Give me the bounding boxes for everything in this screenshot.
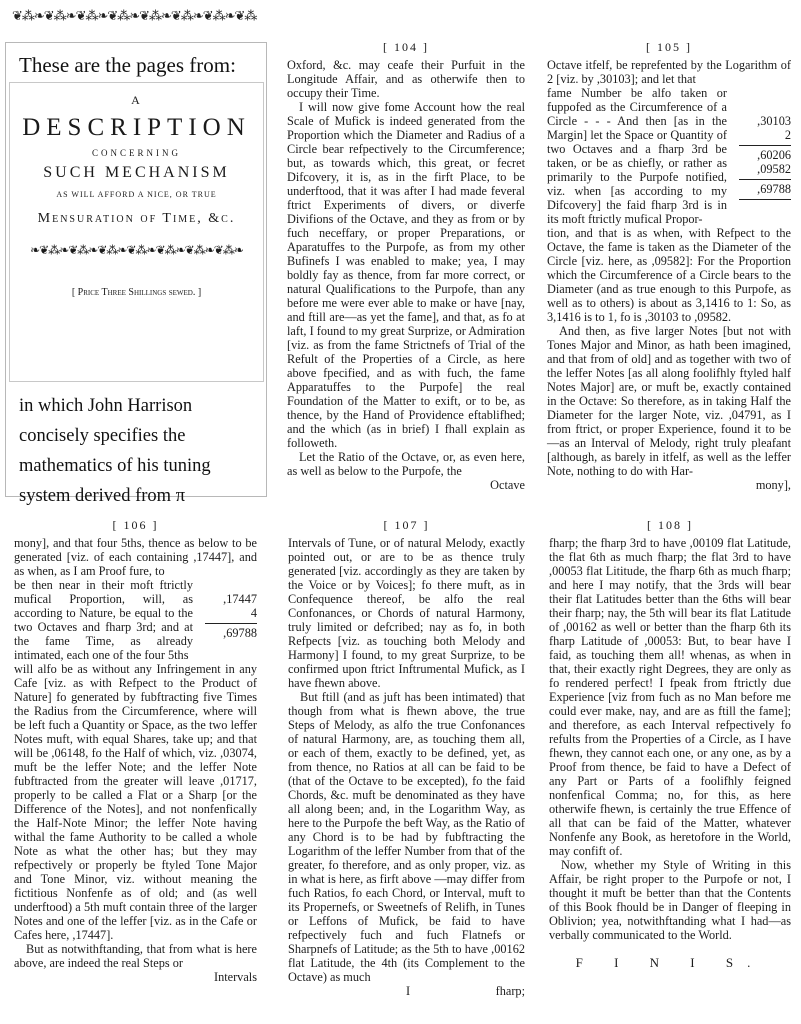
calc-value: 4 <box>199 606 257 620</box>
page-number: [ 108 ] <box>549 518 791 532</box>
paragraph: Let the Ratio of the Octave, or, as even… <box>287 450 525 478</box>
margin-calculation: ,17447 4 ,69788 <box>193 578 257 662</box>
intro-line: mathematics of his tuning <box>19 451 211 481</box>
paragraph: But ftill (and as juft has been intimate… <box>288 690 525 984</box>
page-104: [ 104 ] Oxford, &c. may ceafe their Purf… <box>287 40 525 492</box>
paragraph: be then near in their moft ftrictly mufi… <box>14 578 193 662</box>
margin-calculation-block: be then near in their moft ftrictly mufi… <box>14 578 257 662</box>
page-number: [ 106 ] <box>14 518 257 532</box>
title-line-description: DESCRIPTION <box>10 114 263 142</box>
calc-value: ,60206 <box>733 148 791 162</box>
calc-value: ,69788 <box>733 182 791 196</box>
paragraph: Intervals of Tune, or of natural Melody,… <box>288 536 525 690</box>
paragraph: But as notwithftanding, that from what i… <box>14 942 257 970</box>
page-number: [ 104 ] <box>287 40 525 54</box>
intro-description: in which John Harrison concisely specifi… <box>19 391 211 511</box>
title-line-mechanism: SUCH MECHANISM <box>10 164 263 182</box>
paragraph: Octave itfelf, be reprefented by the Log… <box>547 58 791 86</box>
calc-rule <box>739 179 791 180</box>
title-ornament: ❧❦⁂❧❦⁂❧❦⁂❧❦⁂❧❦⁂❧❦⁂❧❦⁂❧ <box>10 243 263 259</box>
paragraph: fame Number be alfo taken or fuppofed as… <box>547 86 727 226</box>
catchword: mony], <box>547 478 791 492</box>
page-number: [ 105 ] <box>547 40 791 54</box>
paragraph: fharp; the fharp 3rd to have ,00109 flat… <box>549 536 791 858</box>
calc-value: ,30103 <box>733 114 791 128</box>
calc-value: ,69788 <box>199 626 257 640</box>
title-line-a: A <box>10 93 263 108</box>
paragraph: will alfo be as without any Infringement… <box>14 662 257 942</box>
intro-panel: These are the pages from: A DESCRIPTION … <box>5 42 267 497</box>
calc-rule <box>739 199 791 200</box>
paragraph: Now, whether my Style of Writing in this… <box>549 858 791 942</box>
title-price: [ Price Three Shillings sewed. ] <box>10 287 263 298</box>
catchword: Octave <box>287 478 525 492</box>
page-107: [ 107 ] Intervals of Tune, or of natural… <box>288 518 525 998</box>
page-106: [ 106 ] mony], and that four 5ths, thenc… <box>14 518 257 984</box>
calc-rule <box>205 623 257 624</box>
finis: F I N I S. <box>549 956 791 970</box>
intro-line: concisely specifies the <box>19 421 211 451</box>
paragraph: I will now give fome Account how the rea… <box>287 100 525 450</box>
page-footer: I fharp; <box>288 984 525 998</box>
calc-rule <box>739 145 791 146</box>
margin-calculation: ,30103 2 ,60206 ,09582 ,69788 <box>727 86 791 226</box>
paragraph: Oxford, &c. may ceafe their Purfuit in t… <box>287 58 525 100</box>
title-line-mensuration: Mensuration of Time, &c. <box>10 211 263 227</box>
paragraph: tion, and that is as when, with Refpect … <box>547 226 791 324</box>
title-page-image: A DESCRIPTION CONCERNING SUCH MECHANISM … <box>9 82 264 382</box>
intro-heading: These are the pages from: <box>19 53 236 78</box>
calc-value: ,09582 <box>733 162 791 176</box>
catchword: fharp; <box>496 984 525 998</box>
page-number: [ 107 ] <box>288 518 525 532</box>
signature-mark: I <box>406 984 410 998</box>
page-105: [ 105 ] Octave itfelf, be reprefented by… <box>547 40 791 492</box>
paragraph: And then, as five larger Notes [but not … <box>547 324 791 478</box>
paragraph: mony], and that four 5ths, thence as bel… <box>14 536 257 578</box>
top-ornament: ❦⁂❧❦⁂❧❦⁂❧❦⁂❧❦⁂❧❦⁂❧❦⁂❧❦⁂ <box>12 8 258 24</box>
intro-line: system derived from π <box>19 481 211 511</box>
calc-value: ,17447 <box>199 592 257 606</box>
catchword: Intervals <box>14 970 257 984</box>
page-108: [ 108 ] fharp; the fharp 3rd to have ,00… <box>549 518 791 970</box>
title-line-afford: AS WILL AFFORD A NICE, OR TRUE <box>10 190 263 199</box>
title-line-concerning: CONCERNING <box>10 148 263 158</box>
margin-calculation-block: fame Number be alfo taken or fuppofed as… <box>547 86 791 226</box>
intro-line: in which John Harrison <box>19 391 211 421</box>
calc-value: 2 <box>733 128 791 142</box>
